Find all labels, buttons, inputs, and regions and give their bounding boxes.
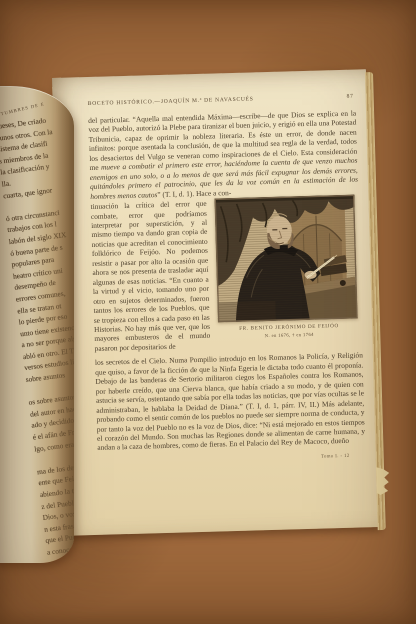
left-page-line: [4, 188, 74, 213]
left-page-line: unto tiene existenci: [19, 315, 74, 340]
left-page-line: del autor en hacerl: [29, 395, 74, 420]
column-italic-word: folklórico: [92, 248, 121, 258]
left-page-line: gueses, De criado: [0, 108, 74, 133]
portrait-figure: FR. BENITO JERÓNIMO DE FEIJÓO N. en 1676…: [214, 195, 360, 350]
left-page-line: [26, 372, 74, 397]
left-page-line: gunos otros. Con la: [0, 119, 74, 144]
left-page-line: sobre asuntos: [25, 361, 74, 386]
left-page-line: errores comunes,: [15, 280, 74, 305]
left-page-line: ó otra circunstanci: [5, 200, 74, 225]
left-page-line: lo pierde por eso: [18, 303, 74, 328]
left-page-line: lgo, como era co: [34, 430, 74, 455]
left-page-line: a conocer su criteri: [46, 533, 74, 558]
page-number: 87: [347, 94, 354, 100]
left-page-line: lla.: [1, 165, 74, 190]
paragraph-1-roman-end: ” (T. I, d. 1). Hace a con-: [157, 188, 231, 199]
left-page-text: gueses, De criadogunos otros. Con lasist…: [0, 108, 74, 559]
left-page-line: os sobre asuntos pop: [28, 384, 74, 409]
running-head: BOCETO HISTÓRICO.—JOAQUÍN M.ª DE NAVASCU…: [88, 94, 354, 107]
left-page-line: sistema de clasifi: [0, 131, 74, 156]
left-page-line: abiendo la trascend: [39, 476, 74, 501]
left-page-line: versos estudios li: [24, 349, 74, 374]
left-page-line: trabajos con los l: [7, 211, 74, 236]
left-page-line: ma de los demás: [36, 453, 74, 478]
left-page-line: labón del siglo XIX: [8, 223, 74, 248]
left-page-line: cuarta, que ignor: [2, 177, 74, 202]
left-page-line: a no ser porque alg: [21, 326, 74, 351]
right-page: BOCETO HISTÓRICO.—JOAQUÍN M.ª DE NAVASCU…: [52, 69, 379, 536]
running-head-title: BOCETO HISTÓRICO.—JOAQUÍN M.ª DE NAVASCU…: [88, 96, 254, 107]
left-running-head: OSTUMBRES DE E: [0, 93, 74, 118]
printer-signature: Tomo I. - 12: [98, 453, 366, 465]
column-roman-end: de Feijóo. No podemos resistir a pasar p…: [92, 246, 210, 353]
paragraph-2: los secretos de el Cielo. Numa Pompilio …: [95, 351, 366, 453]
left-page-line: s miembros de la: [0, 142, 74, 167]
left-page-line: Dios, o vox Populi: [42, 499, 74, 524]
left-page-line: ente que Feijóo: [38, 464, 74, 489]
left-page-line: ella se tratan ot: [17, 292, 74, 317]
book-photograph: OSTUMBRES DE E gueses, De criadogunos ot…: [0, 0, 416, 624]
left-page-line: z del Pueblo, y: [41, 487, 74, 512]
column-and-figure-row: tinuación la crítica del error que comba…: [90, 195, 362, 354]
left-page-line: desempeño de: [14, 269, 74, 294]
left-page-line: [35, 441, 74, 466]
left-page: OSTUMBRES DE E gueses, De criadogunos ot…: [0, 86, 74, 563]
paragraph-1: del particular. “Aquella mal entendida M…: [88, 109, 358, 202]
text-column: tinuación la crítica del error que comba…: [90, 199, 210, 353]
left-page-line: abló en otro. El Th: [22, 338, 74, 363]
left-page-line: que el Pueblo se: [45, 522, 74, 547]
portrait-engraving-feijoo: [214, 195, 357, 323]
left-page-line: populares para: [11, 246, 74, 271]
left-page-line: heatro crítico uni: [12, 257, 74, 282]
left-page-line: ó buena parte de s: [10, 234, 74, 259]
portrait-caption: FR. BENITO JERÓNIMO DE FEIJÓO N. en 1676…: [218, 323, 360, 339]
left-page-line: la clasificación y: [0, 154, 74, 179]
left-page-line: é el afán de Fray: [32, 418, 74, 443]
deckle-edge: [376, 467, 390, 495]
left-page-line: ado y decidido e: [31, 407, 74, 432]
column-roman-start: tinuación la crítica del error que comba…: [90, 199, 207, 249]
page-stack-fore-edge: [365, 72, 386, 530]
left-page-line: n esta frase, que el: [43, 510, 74, 535]
